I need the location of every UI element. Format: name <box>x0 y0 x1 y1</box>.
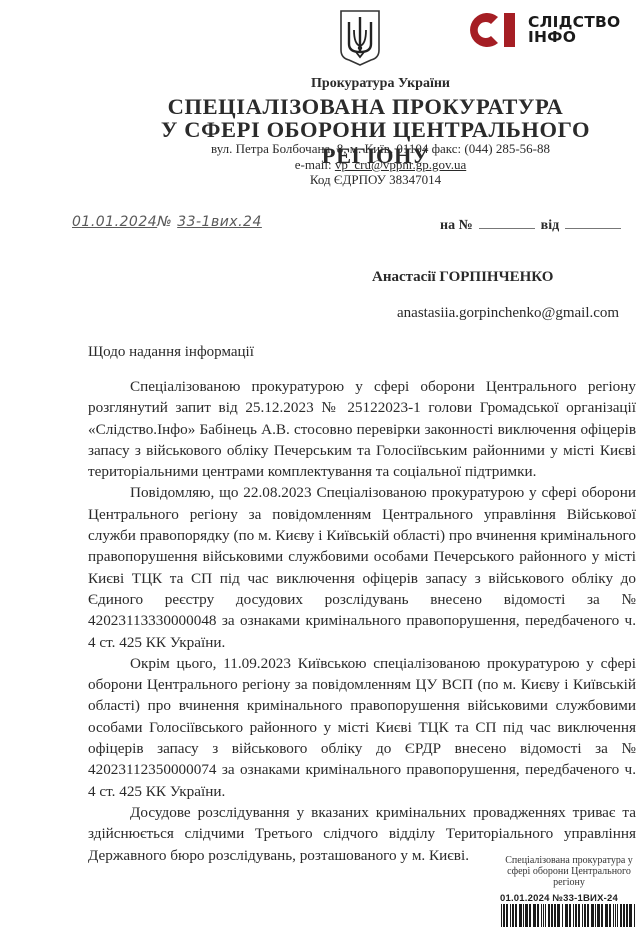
ref-date-blank <box>565 228 621 229</box>
stamp-org: Спеціалізована прокуратура у сфері оборо… <box>500 855 638 888</box>
ref-on-no-label: на № <box>440 218 473 233</box>
barcode-icon <box>501 904 637 927</box>
letter-body: Спеціалізованою прокуратурою у сфері обо… <box>88 376 636 866</box>
email-label: e-mail: <box>295 157 335 172</box>
reference-line: на №від <box>440 218 621 234</box>
body-paragraph: Окрім цього, 11.09.2023 Київською спеціа… <box>88 653 636 802</box>
letter-subject: Щодо надання інформації <box>88 344 254 361</box>
ref-from-label: від <box>541 218 560 233</box>
org-parent: Прокуратура України <box>0 76 641 92</box>
org-address: вул. Петра Болбочана, 8, м. Київ, 01104 … <box>0 141 641 157</box>
recipient-email[interactable]: anastasiia.gorpinchenko@gmail.com <box>397 305 619 322</box>
logo-mark-icon <box>462 10 522 50</box>
coat-of-arms-icon <box>338 8 382 68</box>
org-code: Код ЄДРПОУ 38347014 <box>0 172 641 188</box>
recipient-name: Анастасії ГОРПІНЧЕНКО <box>372 269 553 286</box>
ref-number-blank <box>479 228 535 229</box>
logo-text: СЛІДСТВО ІНФО <box>528 15 620 45</box>
no-sign: № <box>157 214 172 230</box>
outgoing-reg-number: 33-1вих.24 <box>177 214 262 230</box>
body-paragraph: Спеціалізованою прокуратурою у сфері обо… <box>88 376 636 482</box>
slidstvo-info-logo: СЛІДСТВО ІНФО <box>462 10 620 50</box>
org-email-link[interactable]: vp_cru@vppnr.gp.gov.ua <box>335 157 466 172</box>
outgoing-number: 01.01.2024№ 33-1вих.24 <box>72 214 262 230</box>
body-paragraph: Повідомляю, що 22.08.2023 Спеціалізовано… <box>88 482 636 652</box>
stamp-registration: 01.01.2024 №33-1ВИХ-24 <box>500 893 618 904</box>
org-email-line: e-mail: vp_cru@vppnr.gp.gov.ua <box>0 157 641 173</box>
outgoing-date: 01.01.2024 <box>72 214 157 230</box>
